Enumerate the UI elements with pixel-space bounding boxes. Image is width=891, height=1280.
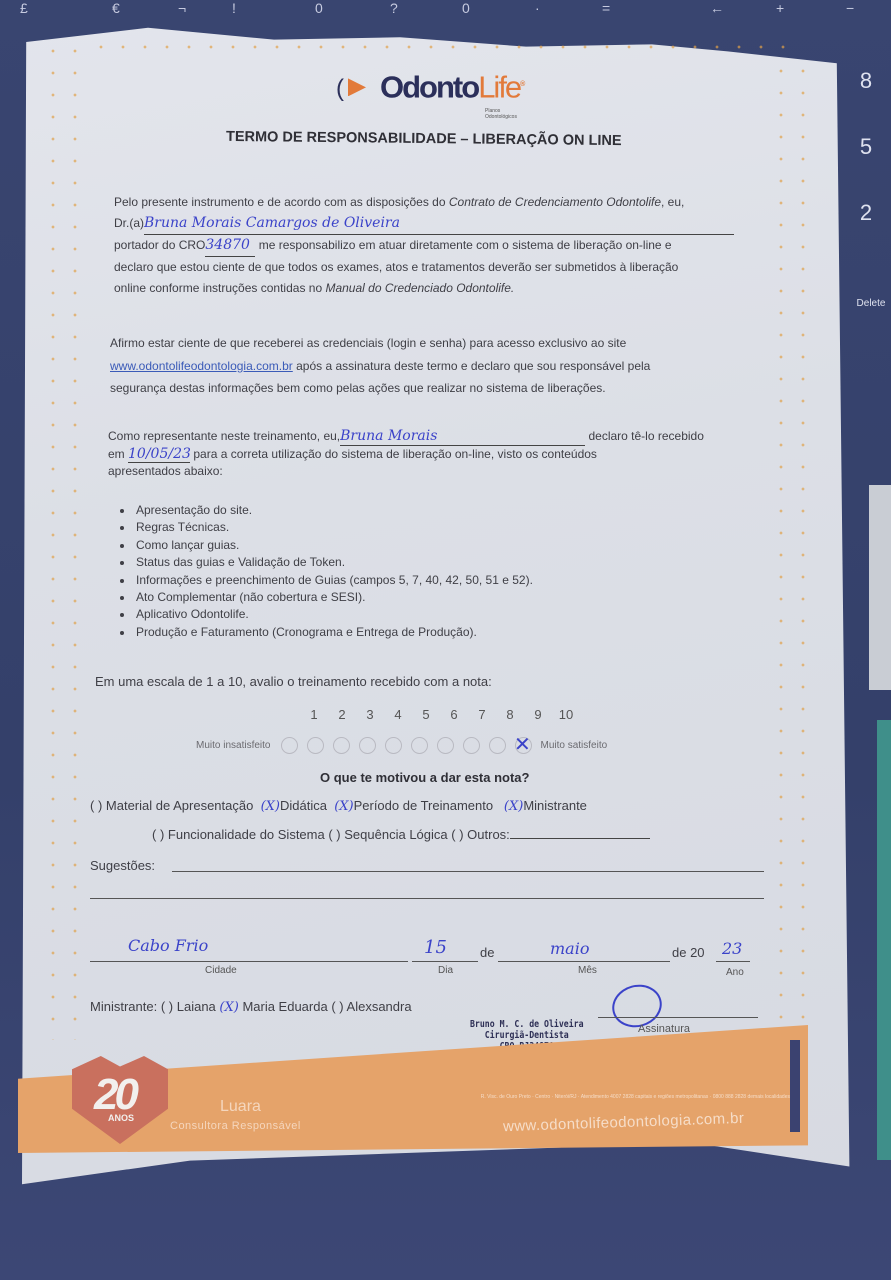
checkbox-box: ( )	[328, 827, 340, 842]
manual-name: Manual do Credenciado Odontolife.	[325, 281, 514, 295]
rating-radio-3[interactable]	[333, 737, 350, 754]
rating-radio-2[interactable]	[307, 737, 324, 754]
list-item: Apresentação do site.	[134, 502, 533, 519]
contract-name: Contrato de Credenciamento Odontolife	[449, 195, 661, 209]
motivation-question: O que te motivou a dar esta nota?	[320, 770, 529, 785]
rating-radio-10[interactable]	[515, 737, 532, 754]
site-link[interactable]: www.odontolifeodontologia.com.br	[110, 359, 293, 373]
month-label: Mês	[578, 965, 597, 976]
day-field[interactable]: 15	[424, 937, 447, 958]
logo-brand-life: Life	[478, 69, 520, 104]
cro-field[interactable]: 34870	[205, 235, 255, 257]
rating-scale-numbers: 1 2 3 4 5 6 7 8 9 10	[300, 707, 580, 722]
checkbox-box: (X)	[504, 799, 523, 814]
checkbox-funcionalidade[interactable]: ( ) Funcionalidade do Sistema	[152, 827, 325, 842]
list-item: Status das guias e Validação de Token.	[134, 554, 533, 571]
city-field[interactable]: Cabo Frio	[128, 936, 208, 955]
checkbox-didatica[interactable]: (X)Didática	[261, 798, 327, 813]
stamp-title: Cirurgiã-Dentista	[470, 1030, 584, 1041]
scale-number: 10	[552, 707, 580, 722]
option-label: Ministrante	[523, 798, 587, 813]
rating-radio-9[interactable]	[489, 737, 506, 754]
city-line	[90, 961, 408, 962]
option-label: Sequência Lógica	[344, 827, 447, 842]
checkbox-outros[interactable]: ( ) Outros:	[451, 827, 510, 842]
option-label: Maria Eduarda	[242, 999, 327, 1014]
day-line	[412, 961, 478, 962]
suggestions-field-line2[interactable]	[90, 898, 764, 899]
rating-radio-6[interactable]	[411, 737, 428, 754]
motivation-options-row2: ( ) Funcionalidade do Sistema ( ) Sequên…	[152, 827, 650, 842]
anniversary-label: ANOS	[108, 1113, 134, 1123]
suggestions-field[interactable]	[172, 871, 764, 872]
checkbox-alexsandra[interactable]: ( ) Alexsandra	[331, 999, 411, 1014]
text: online conforme instruções contidas no	[114, 281, 325, 295]
stamp-name: Bruno M. C. de Oliveira	[470, 1019, 584, 1030]
logo-icon: (	[342, 76, 368, 102]
text: Afirmo estar ciente de que receberei as …	[110, 332, 755, 355]
month-field[interactable]: maio	[550, 939, 589, 958]
odontolife-logo: ( OdontoLife® Planos Odontológicos	[342, 70, 523, 102]
day-label: Dia	[438, 965, 453, 976]
scale-number: 5	[412, 707, 440, 722]
list-item: Informações e preenchimento de Guias (ca…	[134, 572, 533, 589]
checkbox-box: ( )	[451, 827, 463, 842]
text: de	[480, 945, 494, 960]
logo-subtitle: Planos Odontológicos	[485, 108, 523, 120]
scale-number: 2	[328, 707, 356, 722]
paragraph-credentials: Afirmo estar ciente de que receberei as …	[110, 332, 755, 400]
text: para a correta utilização do sistema de …	[193, 447, 597, 461]
text: apresentados abaixo:	[108, 463, 768, 480]
checkbox-ministrante[interactable]: (X)Ministrante	[504, 798, 587, 813]
signature-line[interactable]	[598, 1017, 758, 1018]
document-title: TERMO DE RESPONSABILIDADE – LIBERAÇÃO ON…	[226, 129, 622, 149]
scale-number: 8	[496, 707, 524, 722]
motivation-options-row1: ( ) Material de Apresentação (X)Didática…	[90, 798, 587, 814]
rating-radio-5[interactable]	[385, 737, 402, 754]
rating-radio-8[interactable]	[463, 737, 480, 754]
checkbox-sequencia[interactable]: ( ) Sequência Lógica	[328, 827, 447, 842]
text: declaro que estou ciente de que todos os…	[114, 257, 754, 278]
text: em	[108, 447, 125, 461]
checkbox-box: ( )	[152, 827, 164, 842]
text: me responsabilizo em atuar diretamente c…	[259, 238, 672, 252]
logo-registered: ®	[520, 81, 523, 88]
document-content: ( OdontoLife® Planos Odontológicos TERMO…	[0, 0, 891, 1280]
checkbox-laiana[interactable]: ( ) Laiana	[161, 999, 216, 1014]
signature-label: Assinatura	[638, 1023, 690, 1035]
checkbox-box: ( )	[90, 798, 102, 813]
scale-number: 4	[384, 707, 412, 722]
text: segurança destas informações bem como pe…	[110, 377, 755, 400]
consultant-name: Luara	[220, 1098, 261, 1116]
list-item: Ato Complementar (não cobertura e SESI).	[134, 589, 533, 606]
option-label: Laiana	[177, 999, 216, 1014]
representative-name-field[interactable]: Bruna Morais	[340, 428, 585, 446]
checkbox-periodo[interactable]: (X)Período de Treinamento	[334, 798, 493, 813]
dentist-name-field[interactable]: Bruna Morais Camargos de Oliveira	[144, 213, 734, 235]
text: Como representante neste treinamento, eu…	[108, 429, 340, 443]
rating-scale: Muito insatisfeito Muito satisfeito	[196, 737, 607, 754]
scale-number: 9	[524, 707, 552, 722]
text: , eu,	[661, 195, 684, 209]
text: declaro tê-lo recebido	[588, 429, 703, 443]
list-item: Regras Técnicas.	[134, 519, 533, 536]
checkbox-material[interactable]: ( ) Material de Apresentação	[90, 798, 253, 813]
list-item: Produção e Faturamento (Cronograma e Ent…	[134, 624, 533, 641]
rating-radio-4[interactable]	[359, 737, 376, 754]
scale-number: 1	[300, 707, 328, 722]
cro-label: portador do CRO	[114, 238, 205, 252]
footer-small-print: R. Visc. de Ouro Preto · Centro · Niteró…	[450, 1093, 790, 1101]
checkbox-maria-eduarda[interactable]: (X) Maria Eduarda	[219, 999, 327, 1014]
list-item: Aplicativo Odontolife.	[134, 606, 533, 623]
consultant-role: Consultora Responsável	[170, 1120, 301, 1132]
rating-radio-1[interactable]	[281, 737, 298, 754]
text: após a assinatura deste termo e declaro …	[293, 359, 651, 373]
high-label: Muito satisfeito	[540, 740, 607, 751]
paragraph-credentialing: Pelo presente instrumento e de acordo co…	[114, 192, 754, 299]
month-line	[498, 961, 670, 962]
scale-number: 3	[356, 707, 384, 722]
low-label: Muito insatisfeito	[196, 740, 270, 751]
topics-list: Apresentação do site. Regras Técnicas. C…	[112, 502, 533, 641]
scale-number: 6	[440, 707, 468, 722]
checkbox-box: (X)	[219, 1000, 238, 1015]
footer-tag	[790, 1040, 800, 1132]
rating-question: Em uma escala de 1 a 10, avalio o treina…	[95, 674, 492, 689]
instructor-label: Ministrante:	[90, 999, 157, 1014]
checkbox-box: ( )	[331, 999, 343, 1014]
outros-field[interactable]	[510, 838, 650, 839]
option-label: Funcionalidade do Sistema	[168, 827, 325, 842]
scale-number: 7	[468, 707, 496, 722]
checkbox-box: (X)	[334, 799, 353, 814]
text: de 20	[672, 945, 705, 960]
training-date-field[interactable]: 10/05/23	[128, 446, 190, 464]
option-label: Material de Apresentação	[106, 798, 253, 813]
checkbox-box: (X)	[261, 799, 280, 814]
option-label: Alexsandra	[347, 999, 412, 1014]
city-label: Cidade	[205, 965, 237, 976]
paragraph-representative: Como representante neste treinamento, eu…	[108, 428, 768, 480]
instructor-row: Ministrante: ( ) Laiana (X) Maria Eduard…	[90, 999, 412, 1015]
rating-radios	[276, 737, 536, 754]
logo-brand: Odonto	[380, 69, 478, 104]
dr-label: Dr.(a)	[114, 216, 144, 230]
text: Pelo presente instrumento e de acordo co…	[114, 195, 449, 209]
option-label: Período de Treinamento	[354, 798, 493, 813]
year-label: Ano	[726, 967, 744, 978]
checkbox-box: ( )	[161, 999, 173, 1014]
rating-radio-7[interactable]	[437, 737, 454, 754]
suggestions-label: Sugestões:	[90, 858, 155, 873]
year-field[interactable]: 23	[722, 939, 742, 958]
option-label: Didática	[280, 798, 327, 813]
list-item: Como lançar guias.	[134, 537, 533, 554]
option-label: Outros:	[467, 827, 510, 842]
year-line	[716, 961, 750, 962]
